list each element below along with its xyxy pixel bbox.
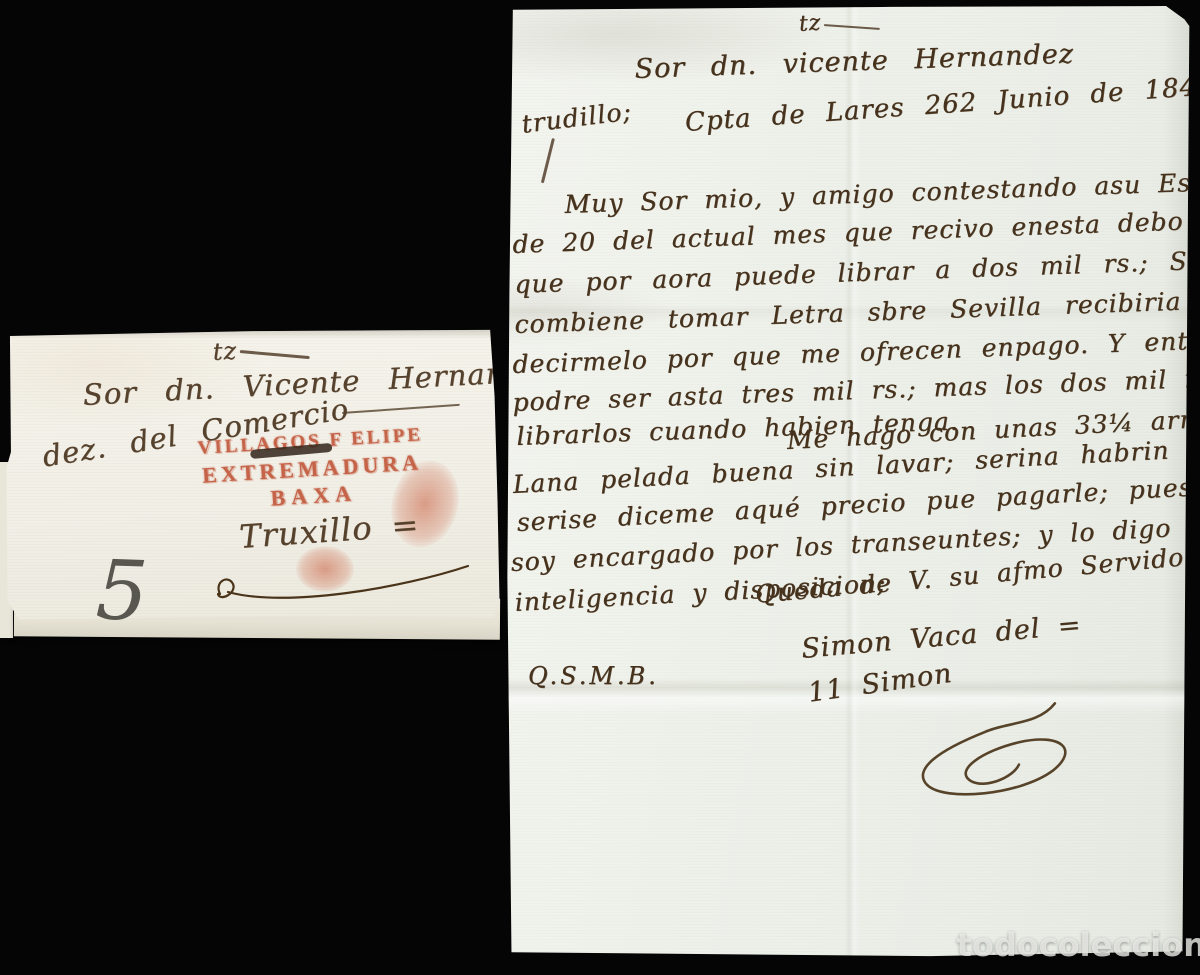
cover-destination: Truxillo = <box>238 505 420 555</box>
folded-letter-cover: tz Sor dn. Vicente Hernan dez. del Comer… <box>6 328 500 638</box>
signature-line1: Simon Vaca del = <box>800 610 1083 665</box>
letter-sheet: tz Sor dn. vicente Hernandez trudillo; C… <box>506 6 1190 958</box>
letter-postscript: Q.S.M.B. <box>528 662 659 690</box>
signature-rubric <box>894 706 1104 816</box>
rate-mark-5: 5 <box>94 543 149 640</box>
destination-flourish <box>206 554 476 614</box>
letter-cross-flourish <box>824 24 880 30</box>
cover-cross-flourish <box>240 350 310 359</box>
destination-note-slash <box>541 138 555 183</box>
cover-cross-mark: tz <box>212 337 238 366</box>
letter-cross-mark: tz <box>798 10 822 37</box>
watermark: todocoleccion <box>956 926 1200 964</box>
signature-line2: 11 Simon <box>806 658 954 709</box>
letter-addressee: Sor dn. vicente Hernandez <box>634 39 1074 85</box>
letter-destination-note: trudillo; <box>520 97 633 139</box>
photo-background: tz Sor dn. Vicente Hernan dez. del Comer… <box>0 0 1200 975</box>
cover-address-flourish <box>342 404 460 414</box>
